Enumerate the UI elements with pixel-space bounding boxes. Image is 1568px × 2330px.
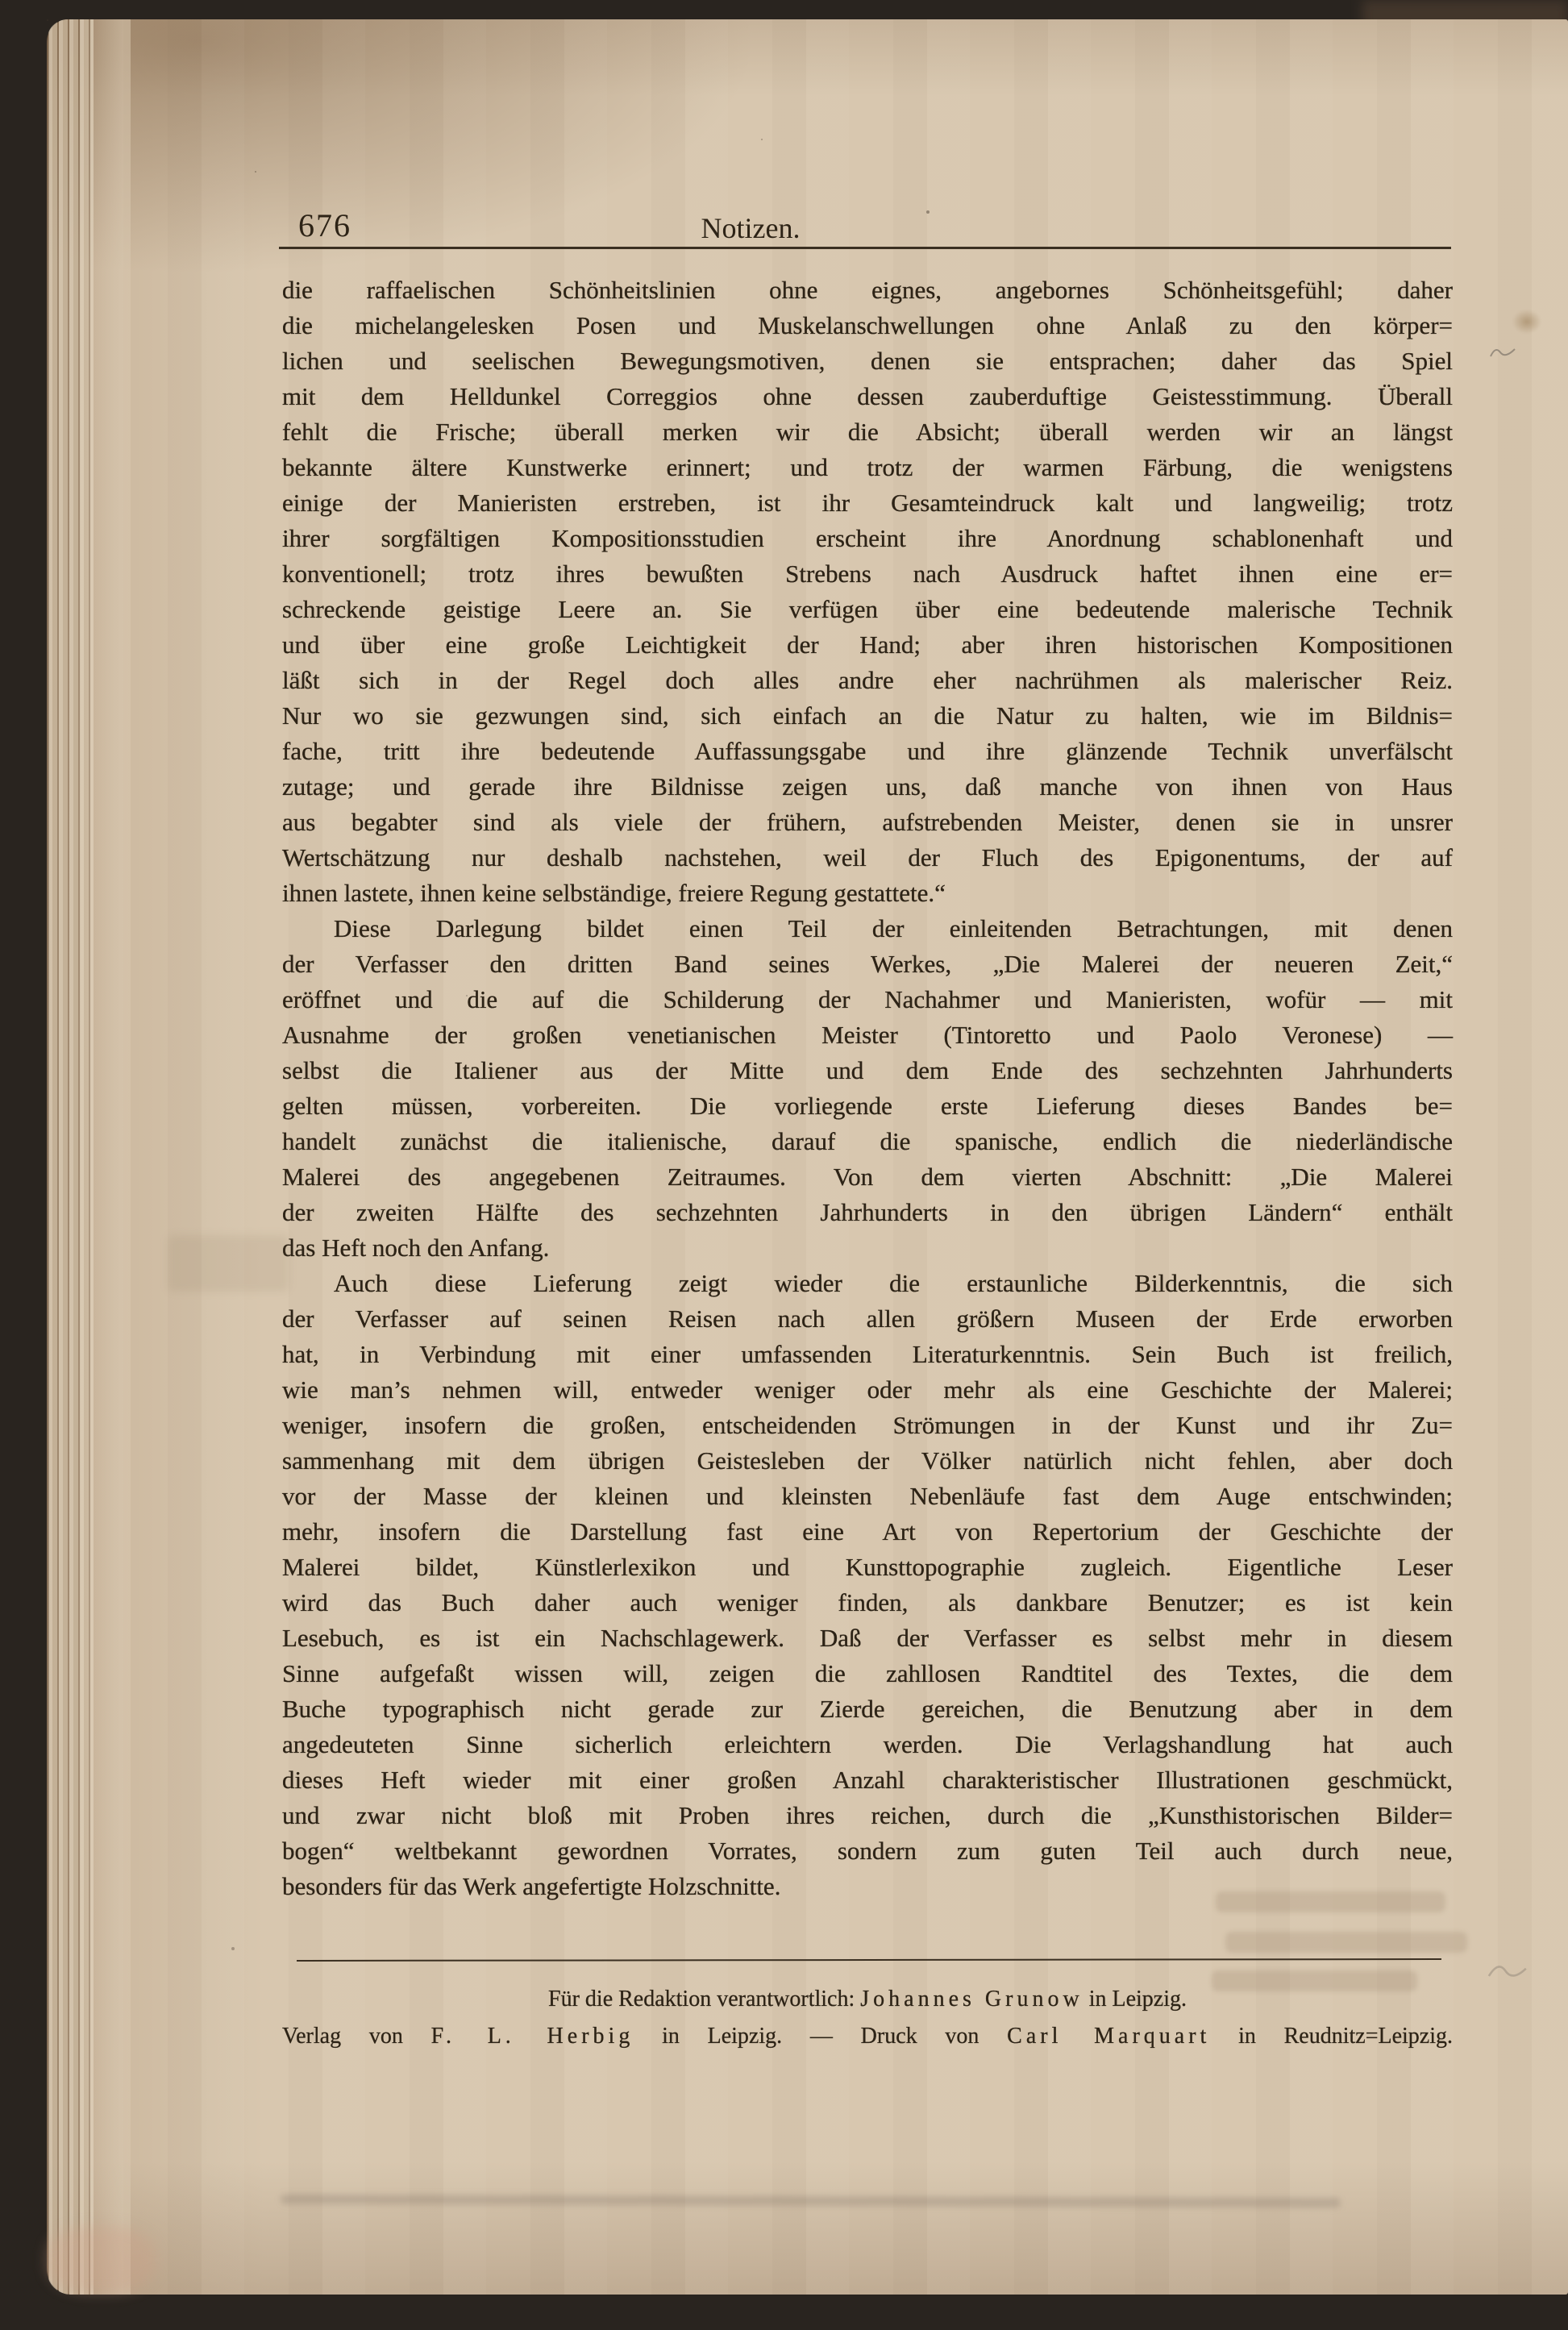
text-line: das Heft noch den Anfang. xyxy=(282,1230,1453,1266)
ink-bleedthrough xyxy=(1216,1891,1445,1912)
text-line: dieses Heft wieder mit einer großen Anza… xyxy=(282,1762,1453,1798)
text-line: wird das Buch daher auch weniger finden,… xyxy=(282,1585,1453,1621)
pencil-mark xyxy=(1485,1955,1530,1988)
spaced-name: Carl Marquart xyxy=(1007,2024,1210,2049)
scan-background: 676 Notizen. die raffaelischen Schönheit… xyxy=(0,0,1568,2330)
text-line: Malerei des angegebenen Zeitraumes. Von … xyxy=(282,1159,1453,1195)
footer-text: Für die Redaktion verantwortlich: xyxy=(548,1987,860,2012)
paragraph: Diese Darlegung bildet einen Teil der ei… xyxy=(282,911,1453,1266)
corner-stain xyxy=(47,2227,156,2293)
text-line: sammenhang mit dem übrigen Geistesleben … xyxy=(282,1443,1453,1479)
pencil-mark xyxy=(1488,343,1517,361)
footer-text: in Leipzig. xyxy=(1083,1987,1187,2012)
text-line: weniger, insofern die großen, entscheide… xyxy=(282,1408,1453,1443)
text-line: die raffaelischen Schönheitslinien ohne … xyxy=(282,273,1453,308)
body-text: die raffaelischen Schönheitslinien ohne … xyxy=(282,273,1453,1904)
spaced-name: F. L. Herbig xyxy=(431,2024,634,2049)
text-line: handelt zunächst die italienische, darau… xyxy=(282,1124,1453,1159)
text-line: die michelangelesken Posen und Muskelans… xyxy=(282,308,1453,343)
text-line: und zwar nicht bloß mit Proben ihres rei… xyxy=(282,1798,1453,1833)
text-line: bekannte ältere Kunstwerke erinnert; und… xyxy=(282,450,1453,485)
text-line: hat, in Verbindung mit einer umfassenden… xyxy=(282,1337,1453,1372)
text-line: eröffnet und die auf die Schilderung der… xyxy=(282,982,1453,1017)
text-line: lichen und seelischen Bewegungsmotiven, … xyxy=(282,343,1453,379)
page-leaf-fade xyxy=(82,19,131,2295)
text-line: Diese Darlegung bildet einen Teil der ei… xyxy=(282,911,1453,947)
text-line: Malerei bildet, Künstlerlexikon und Kuns… xyxy=(282,1550,1453,1585)
text-line: Nur wo sie gezwungen sind, sich einfach … xyxy=(282,698,1453,734)
text-line: schreckende geistige Leere an. Sie verfü… xyxy=(282,592,1453,627)
text-line: Sinne aufgefaßt wissen will, zeigen die … xyxy=(282,1656,1453,1691)
text-line: der zweiten Hälfte des sechzehnten Jahrh… xyxy=(282,1195,1453,1230)
ink-bleedthrough xyxy=(168,1235,289,1292)
footer-rule xyxy=(297,1958,1441,1962)
ink-bleedthrough xyxy=(1212,1970,1417,1991)
text-line: zutage; und gerade ihre Bildnisse zeigen… xyxy=(282,769,1453,805)
footer-text: Verlag von xyxy=(282,2024,431,2049)
text-line: fache, tritt ihre bedeutende Auffassungs… xyxy=(282,734,1453,769)
text-line: Lesebuch, es ist ein Nachschlagewerk. Da… xyxy=(282,1621,1453,1656)
header-rule xyxy=(279,247,1451,249)
footer-text: in Leipzig. — Druck von xyxy=(634,2024,1007,2049)
book-page: 676 Notizen. die raffaelischen Schönheit… xyxy=(47,19,1568,2295)
dust-specks xyxy=(47,19,48,21)
bottom-smudge xyxy=(281,2195,1341,2208)
paper-stain xyxy=(1512,310,1541,334)
text-line: bogen“ weltbekannt gewordnen Vorrates, s… xyxy=(282,1833,1453,1869)
text-line: der Verfasser auf seinen Reisen nach all… xyxy=(282,1301,1453,1337)
text-line: selbst die Italiener aus der Mitte und d… xyxy=(282,1053,1453,1088)
running-title: Notizen. xyxy=(47,211,1454,245)
text-line: und über eine große Leichtigkeit der Han… xyxy=(282,627,1453,663)
text-line: gelten müssen, vorbereiten. Die vorliege… xyxy=(282,1088,1453,1124)
text-line: Wertschätzung nur deshalb nachstehen, we… xyxy=(282,840,1453,876)
text-line: läßt sich in der Regel doch alles andre … xyxy=(282,663,1453,698)
text-line: konventionell; trotz ihres bewußten Stre… xyxy=(282,556,1453,592)
text-line: aus begabter sind als viele der frühern,… xyxy=(282,805,1453,840)
ink-bleedthrough xyxy=(1225,1932,1467,1953)
text-line: ihnen lastete, ihnen keine selbständige,… xyxy=(282,876,1453,911)
text-line: mehr, insofern die Darstellung fast eine… xyxy=(282,1514,1453,1550)
text-line: einige der Manieristen erstreben, ist ih… xyxy=(282,485,1453,521)
text-line: der Verfasser den dritten Band seines We… xyxy=(282,947,1453,982)
text-line: ihrer sorgfältigen Kompositionsstudien e… xyxy=(282,521,1453,556)
footer-text: in Reudnitz=Leipzig. xyxy=(1210,2024,1453,2049)
text-line: Auch diese Lieferung zeigt wieder die er… xyxy=(282,1266,1453,1301)
text-line: mit dem Helldunkel Correggios ohne desse… xyxy=(282,379,1453,414)
text-line: vor der Masse der kleinen und kleinsten … xyxy=(282,1479,1453,1514)
text-line: Buche typographisch nicht gerade zur Zie… xyxy=(282,1691,1453,1727)
paragraph: Auch diese Lieferung zeigt wieder die er… xyxy=(282,1266,1453,1904)
text-line: wie man’s nehmen will, entweder weniger … xyxy=(282,1372,1453,1408)
text-line: angedeuteten Sinne sicherlich erleichter… xyxy=(282,1727,1453,1762)
paragraph: die raffaelischen Schönheitslinien ohne … xyxy=(282,273,1453,911)
text-line: Ausnahme der großen venetianischen Meist… xyxy=(282,1017,1453,1053)
text-line: fehlt die Frische; überall merken wir di… xyxy=(282,414,1453,450)
spaced-name: Johannes Grunow xyxy=(860,1987,1083,2012)
footer-imprint-line: Verlag von F. L. Herbig in Leipzig. — Dr… xyxy=(282,2020,1453,2053)
